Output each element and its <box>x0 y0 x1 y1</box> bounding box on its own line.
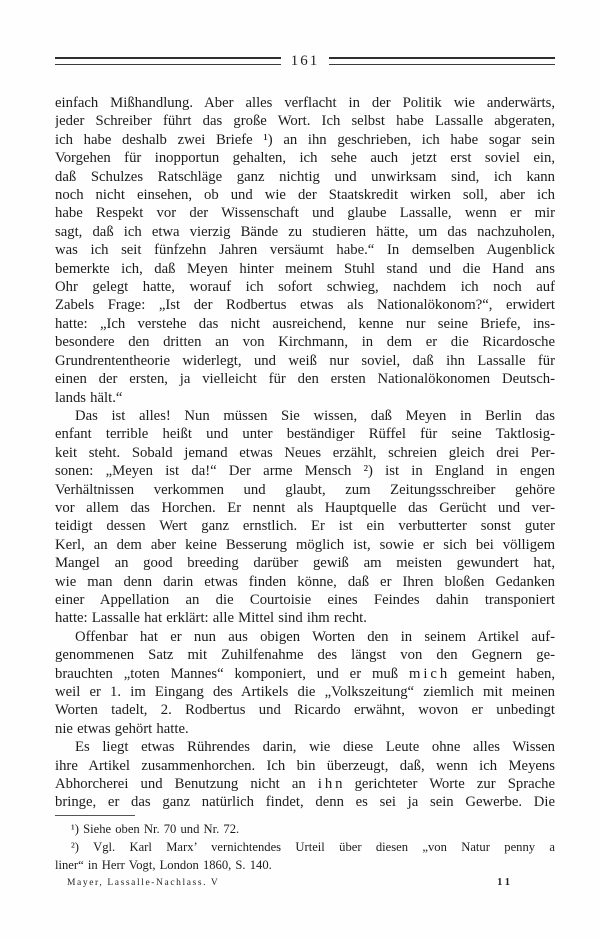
text-line: bringe, er das ganz natürlich findet, de… <box>55 793 555 811</box>
text-line: brauchten „toten Mannes“ komponiert, und… <box>55 665 555 683</box>
footnote-line: liner“ in Herr Vogt, London 1860, S. 140… <box>55 856 555 874</box>
footnotes-section: ¹) Siehe oben Nr. 70 und Nr. 72.²) Vgl. … <box>55 815 555 874</box>
page-number: 161 <box>281 52 330 70</box>
footnote-line: ²) Vgl. Karl Marx’ vernichtendes Urteil … <box>55 838 555 856</box>
text-block: 161 einfach Mißhandlung. Aber alles verf… <box>55 52 555 888</box>
text-line: Abhorcherei und Benutzung nicht an i h n… <box>55 775 555 793</box>
text-line: bemerkte ich, daß Meyen hinter meinem St… <box>55 260 555 278</box>
text-line: Grundrententheorie widerlegt, und weiß n… <box>55 352 555 370</box>
text-line: Zabels Frage: „Ist der Rodbertus etwas a… <box>55 296 555 314</box>
body-text: einfach Mißhandlung. Aber alles verflach… <box>55 94 555 812</box>
text-line: noch nicht einsehen, ob und wie der Staa… <box>55 186 555 204</box>
text-line: jeder Schreiber führt das große Wort. Ic… <box>55 112 555 130</box>
text-line: einfach Mißhandlung. Aber alles verflach… <box>55 94 555 112</box>
imprint-line: Mayer, Lassalle-Nachlass. V <box>67 878 219 888</box>
header-rule-left <box>55 57 281 65</box>
text-line: ich habe deshalb zwei Briefe ¹) an ihn g… <box>55 131 555 149</box>
text-line: nie etwas gehört hatte. <box>55 720 555 738</box>
text-line: Das ist alles! Nun müssen Sie wissen, da… <box>55 407 555 425</box>
text-line: einer Appellation an die Courtoisie eine… <box>55 591 555 609</box>
running-head: 161 <box>55 52 555 70</box>
text-line: einen der ersten, ja vielleicht für den … <box>55 370 555 388</box>
text-line: wie man denn darin etwas finden könne, d… <box>55 573 555 591</box>
text-line: Verhältnissen verkommen und glaubt, zum … <box>55 481 555 499</box>
text-line: Worten tadelt, 2. Rodbertus und Ricardo … <box>55 701 555 719</box>
text-line: Mangel an good breeding darüber gewiß am… <box>55 554 555 572</box>
text-line: enfant terrible heißt und unter beständi… <box>55 425 555 443</box>
header-rule-right <box>329 57 555 65</box>
text-line: teidigt dessen Wert ganz ernstlich. Er i… <box>55 517 555 535</box>
text-line: daß Schulzes Ratschläge ganz nichtig und… <box>55 168 555 186</box>
text-line: habe Respekt vor der Wissenschaft und gl… <box>55 204 555 222</box>
text-line: hatte: „Ich verstehe das nicht ausreiche… <box>55 315 555 333</box>
text-line: lands hält.“ <box>55 389 555 407</box>
text-line: ihre Artikel zusammenhorchen. Ich bin üb… <box>55 757 555 775</box>
footnote-lines: ¹) Siehe oben Nr. 70 und Nr. 72.²) Vgl. … <box>55 820 555 874</box>
text-line: Offenbar hat er nun aus obigen Worten de… <box>55 628 555 646</box>
text-line: sagt, daß ich etwa vierzig Bände zu stud… <box>55 223 555 241</box>
text-line: sonen: „Meyen ist da!“ Der arme Mensch ²… <box>55 462 555 480</box>
text-line: Kerl, an dem aber keine Besserung möglic… <box>55 536 555 554</box>
signature-number: 11 <box>497 877 513 888</box>
text-line: Ohr gelegt hatte, worauf ich sofort schw… <box>55 278 555 296</box>
scanned-book-page: 161 einfach Mißhandlung. Aber alles verf… <box>0 0 600 941</box>
footnote-separator <box>55 815 135 816</box>
footnote-line: ¹) Siehe oben Nr. 70 und Nr. 72. <box>55 820 555 838</box>
text-line: besondere den dritten an von Kirchmann, … <box>55 333 555 351</box>
text-line: weil er 1. im Eingang des Artikels die „… <box>55 683 555 701</box>
text-line: was ich seit fünfzehn Jahren versäumt ha… <box>55 241 555 259</box>
text-line: Es liegt etwas Rührendes darin, wie dies… <box>55 738 555 756</box>
text-line: keit steht. Sobald jemand etwas Neues er… <box>55 444 555 462</box>
text-line: genommenen Satz mit Zuhilfenahme des län… <box>55 646 555 664</box>
text-line: Vorgehen für inopportun gehalten, ich se… <box>55 149 555 167</box>
text-line: hatte: Lassalle hat erklärt: alle Mittel… <box>55 609 555 627</box>
text-line: vor allem das Horchen. Er nennt als Haup… <box>55 499 555 517</box>
footer: Mayer, Lassalle-Nachlass. V 11 <box>55 877 555 888</box>
